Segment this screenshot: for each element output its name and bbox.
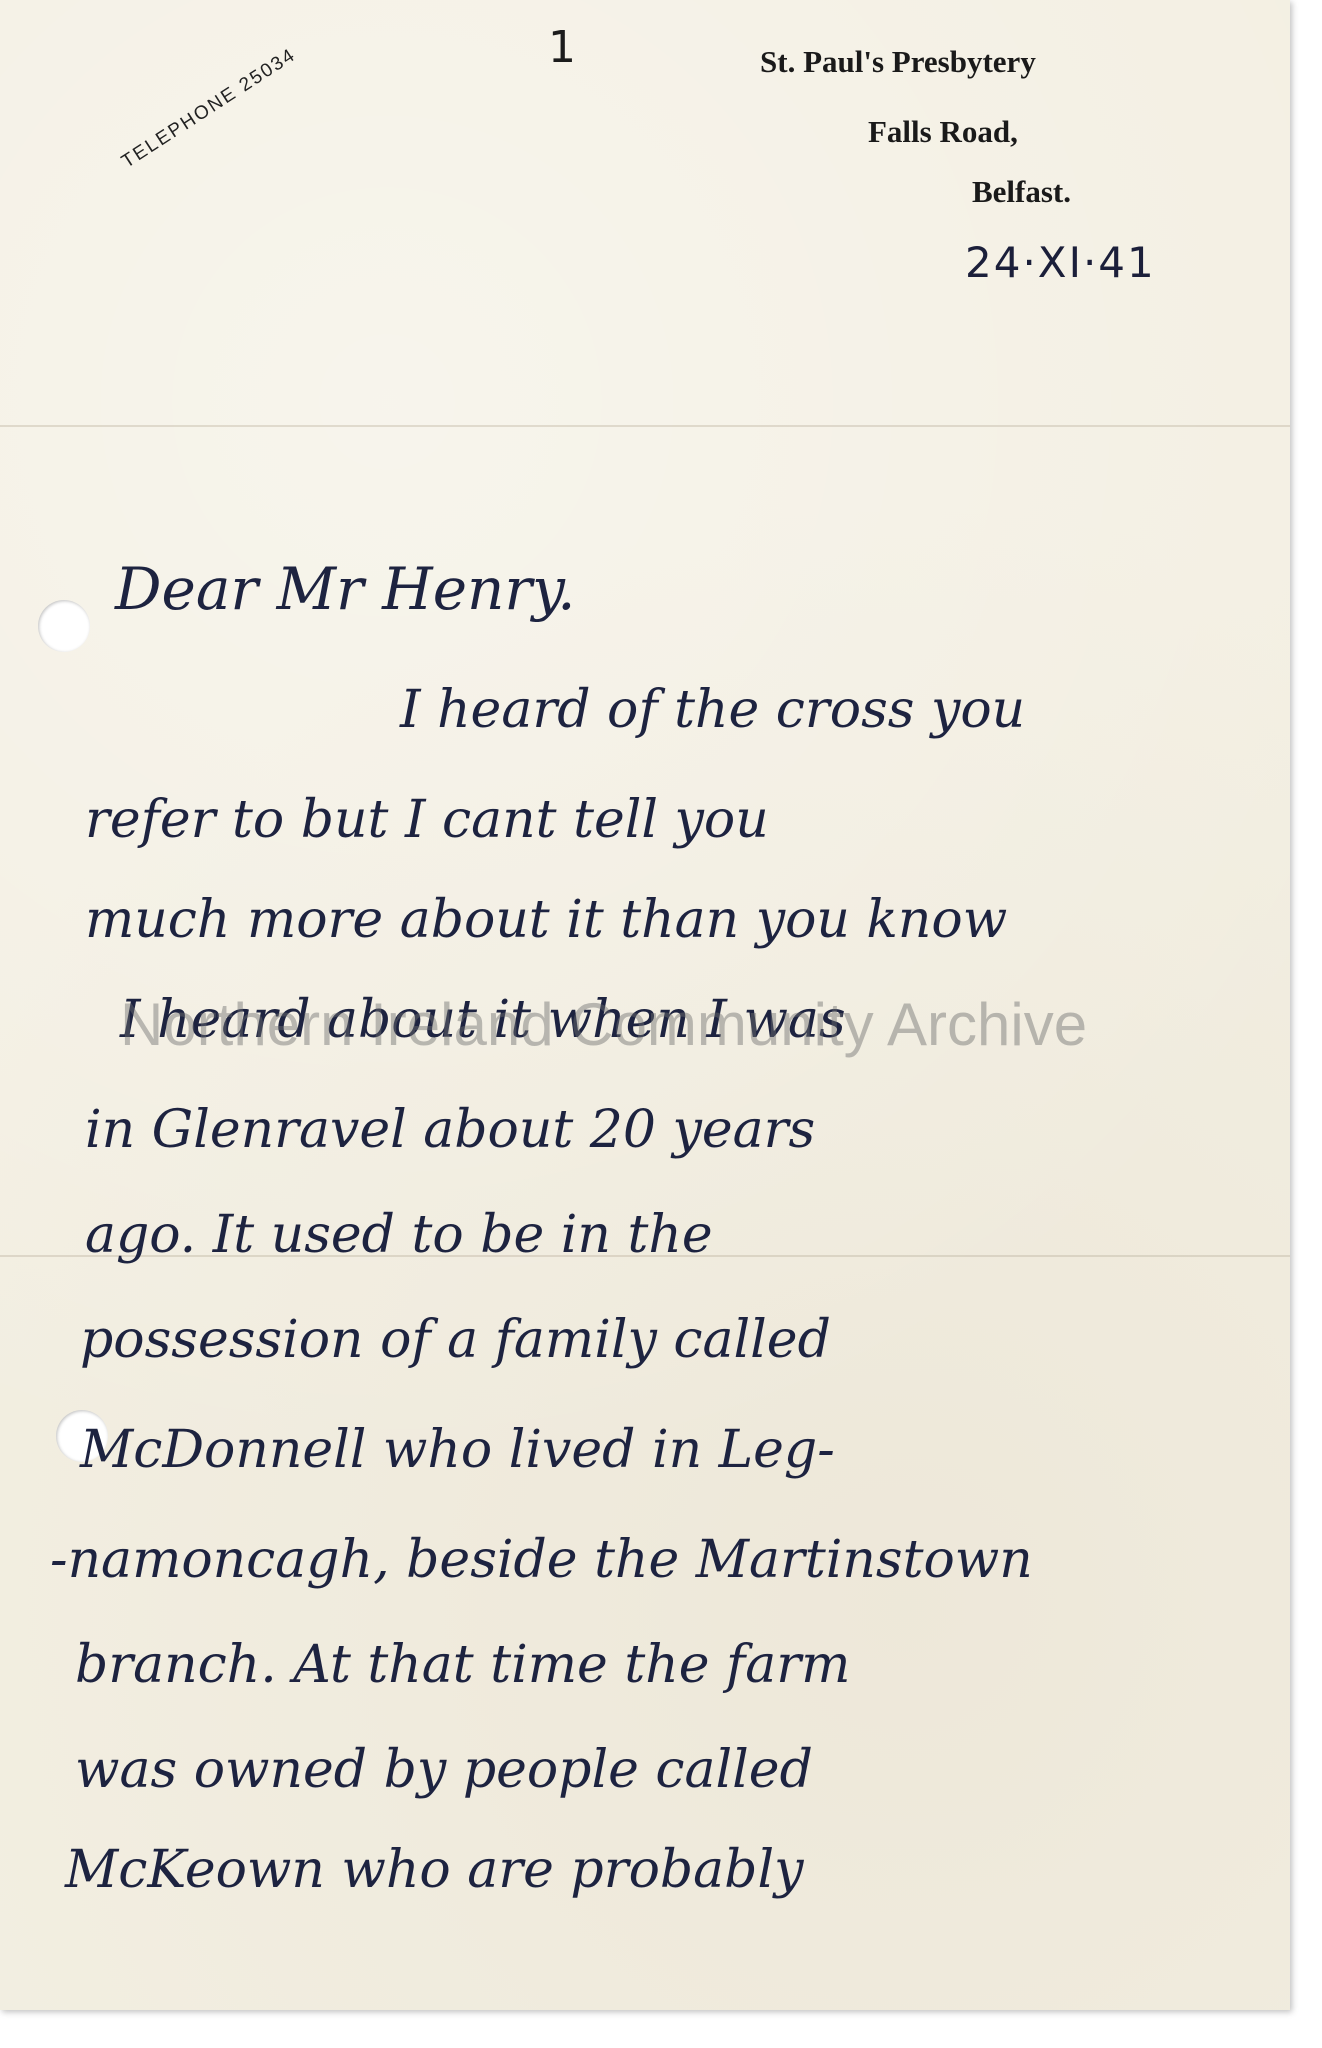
body-line: McKeown who are probably	[65, 1840, 803, 1900]
body-line: refer to but I cant tell you	[85, 790, 769, 850]
body-line: branch. At that time the farm	[75, 1635, 850, 1695]
body-line: was owned by people called	[75, 1740, 813, 1800]
salutation: Dear Mr Henry.	[115, 555, 576, 623]
letter-date: 24·XI·41	[965, 238, 1156, 287]
letterhead-line-3: Belfast.	[972, 176, 1071, 207]
body-line: much more about it than you know	[85, 890, 1007, 950]
body-line: possession of a family called	[80, 1310, 831, 1370]
body-line: ago. It used to be in the	[85, 1205, 713, 1265]
body-line: McDonnell who lived in Leg-	[80, 1420, 835, 1480]
body-line: I heard of the cross you	[400, 680, 1025, 740]
body-line: -namoncagh, beside the Martinstown	[50, 1530, 1033, 1590]
archive-watermark: Northern Ireland Community Archive	[120, 990, 1087, 1059]
letterhead-line-1: St. Paul's Presbytery	[760, 46, 1036, 77]
punch-hole-upper	[38, 600, 90, 652]
body-line: in Glenravel about 20 years	[85, 1100, 815, 1160]
letterhead-telephone: TELEPHONE 25034	[118, 44, 300, 173]
letterhead-line-2: Falls Road,	[868, 116, 1018, 147]
letter-page: 1 TELEPHONE 25034 St. Paul's Presbytery …	[0, 0, 1290, 2010]
fold-crease-top	[0, 425, 1290, 427]
page-number: 1	[548, 22, 576, 73]
